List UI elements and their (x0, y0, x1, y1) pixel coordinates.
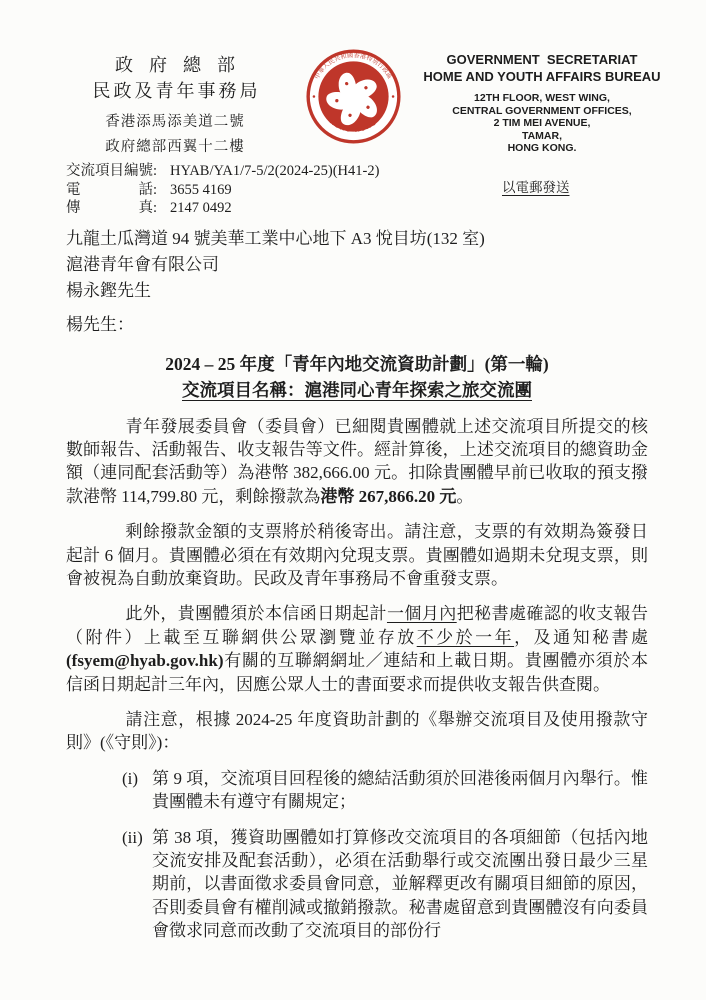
letter-content: 交流項目編號: HYAB/YA1/7-5/2(2024-25)(H41-2) 電… (0, 162, 706, 943)
dept-name-en-line1: GOVERNMENT SECRETARIAT (416, 52, 668, 69)
letterhead-english-block: GOVERNMENT SECRETARIAT HOME AND YOUTH AF… (416, 52, 668, 155)
hksar-emblem-icon: 中華人民共和國香港特別行政區 HONG KONG (305, 48, 402, 145)
letterhead-chinese-block: 政府總部 民政及青年事務局 香港添馬添美道二號 政府總部西翼十二樓 (60, 52, 290, 160)
reference-number-value: HYAB/YA1/7-5/2(2024-25)(H41-2) (170, 162, 648, 181)
dept-address-en: 12TH FLOOR, WEST WING, CENTRAL GOVERNMEN… (416, 92, 668, 155)
reference-section: 交流項目編號: HYAB/YA1/7-5/2(2024-25)(H41-2) 電… (66, 162, 648, 218)
paragraph-rules-intro: 請注意，根據 2024-25 年度資助計劃的《舉辦交流項目及使用撥款守則》(《守… (66, 708, 648, 755)
rules-list: (i) 第 9 項，交流項目回程後的總結活動須於回港後兩個月內舉行。惟貴團體未有… (66, 767, 648, 943)
en-address-line: TAMAR, (416, 130, 668, 143)
dept-name-cn-line2: 民政及青年事務局 (60, 78, 290, 104)
recipient-block: 九龍土瓜灣道 94 號美華工業中心地下 A3 悅目坊(132 室) 滬港青年會有… (66, 226, 648, 304)
delivery-method-note: 以電郵發送 (502, 176, 570, 196)
subject-line1: 2024 – 25 年度「青年內地交流資助計劃」(第一輪) (66, 351, 648, 377)
rule-item-i: (i) 第 9 項，交流項目回程後的總結活動須於回港後兩個月內舉行。惟貴團體未有… (122, 767, 648, 814)
en-address-line: 2 TIM MEI AVENUE, (416, 117, 668, 130)
fax-value: 2147 0492 (170, 199, 648, 218)
telephone-value: 3655 4169 (170, 181, 648, 200)
recipient-address: 九龍土瓜灣道 94 號美華工業中心地下 A3 悅目坊(132 室) (66, 226, 648, 252)
salutation: 楊先生： (66, 312, 648, 338)
en-address-line: HONG KONG. (416, 142, 668, 155)
letter-page: 政府總部 民政及青年事務局 香港添馬添美道二號 政府總部西翼十二樓 中華人民共和… (0, 0, 706, 1000)
rule-text: 第 38 項，獲資助團體如打算修改交流項目的各項細節（包括內地交流安排及配套活動… (152, 826, 648, 943)
rule-marker: (ii) (122, 826, 152, 943)
recipient-contact-person: 楊永鏗先生 (66, 278, 648, 304)
en-address-line: 12TH FLOOR, WEST WING, (416, 92, 668, 105)
telephone-label: 電 話: (66, 181, 170, 200)
subject-line2: 交流項目名稱：滬港同心青年探索之旅交流團 (66, 377, 648, 403)
dept-name-cn-line1: 政府總部 (60, 52, 290, 78)
fax-row: 傳 真: 2147 0492 (66, 199, 648, 218)
en-address-line: CENTRAL GOVERNMENT OFFICES, (416, 105, 668, 118)
letterhead: 政府總部 民政及青年事務局 香港添馬添美道二號 政府總部西翼十二樓 中華人民共和… (0, 0, 706, 160)
paragraph-cheque-validity: 剩餘撥款金額的支票將於稍後寄出。請注意，支票的有效期為簽發日起計 6 個月。貴團… (66, 520, 648, 590)
paragraph-grant-calculation: 青年發展委員會（委員會）已細閱貴團體就上述交流項目所提交的核數師報告、活動報告、… (66, 415, 648, 509)
dept-name-en-line2: HOME AND YOUTH AFFAIRS BUREAU (416, 69, 668, 86)
rule-item-ii: (ii) 第 38 項，獲資助團體如打算修改交流項目的各項細節（包括內地交流安排… (122, 826, 648, 943)
rule-marker: (i) (122, 767, 152, 814)
dept-address-cn-line2: 政府總部西翼十二樓 (60, 135, 290, 160)
rule-text: 第 9 項，交流項目回程後的總結活動須於回港後兩個月內舉行。惟貴團體未有遵守有關… (152, 767, 648, 814)
recipient-organization: 滬港青年會有限公司 (66, 252, 648, 278)
dept-address-cn-line1: 香港添馬添美道二號 (60, 110, 290, 135)
subject-block: 2024 – 25 年度「青年內地交流資助計劃」(第一輪) 交流項目名稱：滬港同… (66, 351, 648, 403)
reference-number-label: 交流項目編號: (66, 162, 170, 181)
fax-label: 傳 真: (66, 199, 170, 218)
paragraph-upload-requirement: 此外，貴團體須於本信函日期起計一個月內把秘書處確認的收支報告（附件）上載至互聯網… (66, 602, 648, 696)
